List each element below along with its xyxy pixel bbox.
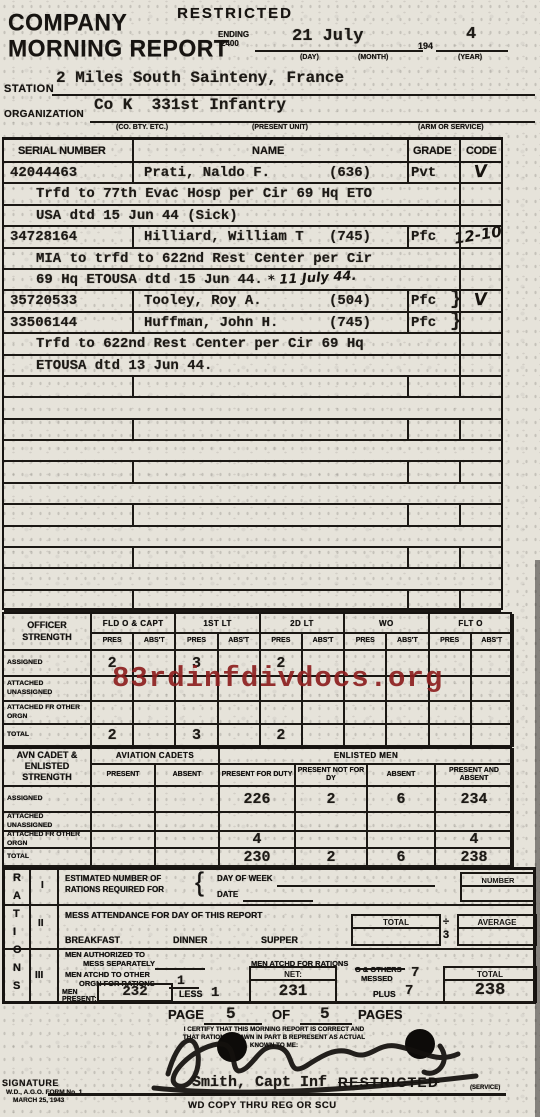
roster-column-divider bbox=[132, 163, 134, 182]
roster-column-divider bbox=[407, 462, 409, 481]
mess-attendance-label: MESS ATTENDANCE FOR DAY OF THIS REPORT bbox=[65, 911, 262, 920]
roster-serial: 33506144 bbox=[10, 316, 77, 330]
roster-row bbox=[4, 398, 501, 419]
officer-value-cell bbox=[387, 702, 429, 725]
enlisted-value-cell: 4 bbox=[436, 832, 514, 849]
roster-name: Prati, Naldo F. bbox=[144, 166, 270, 180]
roster-row bbox=[4, 591, 501, 612]
officer-row-label: ATTACHED UNASSIGNED bbox=[4, 677, 92, 702]
scan-edge-smudge bbox=[535, 560, 540, 1117]
roster-column-divider bbox=[132, 505, 134, 524]
enlisted-value-cell bbox=[156, 832, 220, 849]
roster-column-divider bbox=[459, 377, 461, 396]
roster-column-divider bbox=[407, 227, 409, 246]
rations-section: R A T I O N S I II III ESTIMATED NUMBER … bbox=[2, 867, 536, 1004]
rations-numeral-col-line bbox=[57, 870, 59, 1001]
officer-subheader: PRES bbox=[92, 634, 134, 651]
men-present-label-2: PRESENT: bbox=[62, 996, 97, 1004]
roster-continuation-text: Trfd to 77th Evac Hosp per Cir 69 Hq ETO bbox=[36, 187, 372, 201]
officer-group-header: FLT O bbox=[430, 614, 514, 634]
others-value: 7 bbox=[411, 966, 419, 980]
net-box: NET: 231 bbox=[249, 966, 337, 1003]
roster-grade: Pfc bbox=[411, 230, 436, 244]
roster-row bbox=[4, 441, 501, 462]
enlisted-column-header: PRESENT NOT FOR DY bbox=[296, 765, 368, 787]
roster-row bbox=[4, 569, 501, 590]
roster-row: ETOUSA dtd 13 Jun 44. bbox=[4, 356, 501, 377]
roster-row bbox=[4, 548, 501, 569]
officer-group-header: FLD O & CAPT bbox=[92, 614, 176, 634]
mess-total-box: TOTAL bbox=[351, 914, 441, 946]
officer-subheader: ABS'T bbox=[472, 634, 514, 651]
roster-column-divider bbox=[459, 270, 461, 289]
average-box: AVERAGE bbox=[457, 914, 537, 946]
roster-column-divider bbox=[407, 591, 409, 610]
officer-subheader: PRES bbox=[261, 634, 303, 651]
roster-column-divider bbox=[132, 420, 134, 439]
roster-column-divider bbox=[132, 313, 134, 332]
station-value: 2 Miles South Sainteny, France bbox=[56, 70, 344, 86]
officer-value-cell: 2 bbox=[261, 725, 303, 747]
roster-continuation-text: USA dtd 15 Jun 44 (Sick) bbox=[36, 209, 238, 223]
year-prefix: 194 bbox=[418, 42, 433, 52]
enlisted-value-cell bbox=[92, 813, 156, 832]
enlisted-value-cell bbox=[156, 849, 220, 867]
roster-column-divider bbox=[459, 548, 461, 567]
col-grade: GRADE bbox=[413, 145, 451, 157]
enlisted-value-cell: 4 bbox=[220, 832, 296, 849]
rations-letter-col-line bbox=[29, 870, 31, 1001]
roster-row: Trfd to 622nd Rest Center per Cir 69 Hq bbox=[4, 334, 501, 355]
roster-code: V bbox=[473, 292, 487, 310]
enlisted-row-label: ATTACHED FR OTHER ORGN bbox=[4, 832, 92, 849]
number-box-label: NUMBER bbox=[462, 874, 534, 887]
roster-column-divider bbox=[407, 420, 409, 439]
date-label: DATE bbox=[217, 891, 238, 900]
enlisted-value-cell bbox=[156, 787, 220, 813]
officer-value-cell bbox=[134, 702, 176, 725]
organization-label: ORGANIZATION bbox=[4, 109, 84, 120]
rations-letter-t: T bbox=[13, 908, 20, 920]
roster-body: 42044463Prati, Naldo F.(636)PvtVTrfd to … bbox=[4, 163, 501, 612]
roster-row: Trfd to 77th Evac Hosp per Cir 69 Hq ETO bbox=[4, 184, 501, 205]
roster-brace: } bbox=[450, 312, 461, 331]
roster-column-divider bbox=[132, 462, 134, 481]
rations-letter-a: A bbox=[13, 890, 21, 902]
officer-value-cell bbox=[472, 702, 514, 725]
day-of-week-label: DAY OF WEEK bbox=[217, 875, 273, 884]
roster-name: Hilliard, William T bbox=[144, 230, 304, 244]
enlisted-column-header: ABSENT bbox=[156, 765, 220, 787]
roster-column-divider bbox=[132, 227, 134, 246]
rations-numeral-i: I bbox=[41, 880, 44, 891]
restricted-stamp-bottom: RESTRICTED bbox=[338, 1076, 439, 1091]
org-caption-co: (CO. BTY. ETC.) bbox=[116, 124, 168, 132]
officer-subheader: PRES bbox=[430, 634, 472, 651]
rations-letter-o: O bbox=[13, 944, 22, 956]
men-authorized-label-2: MESS SEPARATELY bbox=[83, 960, 155, 968]
net-box-label: NET: bbox=[251, 968, 335, 981]
officer-value-cell bbox=[472, 677, 514, 702]
officer-value-cell bbox=[472, 651, 514, 677]
roster-header-row: SERIAL NUMBER NAME GRADE CODE bbox=[4, 140, 501, 163]
enlisted-value-cell: 2 bbox=[296, 787, 368, 813]
roster-column-divider bbox=[459, 420, 461, 439]
divide-by-three-label: ÷3 bbox=[443, 916, 452, 942]
enlisted-value-cell bbox=[92, 832, 156, 849]
less-label: LESS bbox=[179, 990, 203, 1000]
org-caption-arm: (ARM OR SERVICE) bbox=[418, 124, 484, 132]
officer-subheader: ABS'T bbox=[219, 634, 261, 651]
aviation-cadets-header: AVIATION CADETS bbox=[92, 748, 220, 765]
plus-value: 7 bbox=[405, 984, 413, 998]
officer-value-cell bbox=[430, 725, 472, 747]
morning-report-scan: RESTRICTED COMPANY MORNING REPORT ENDING… bbox=[0, 0, 540, 1117]
roster-continuation-text: MIA to trfd to 622nd Rest Center per Cir bbox=[36, 252, 372, 266]
atchd-other-value: 1 bbox=[177, 974, 185, 987]
enlisted-value-cell: 6 bbox=[368, 787, 436, 813]
watermark: 83rdinfdivdocs.org bbox=[112, 662, 443, 695]
col-serial-number: SERIAL NUMBER bbox=[18, 145, 106, 157]
number-box: NUMBER bbox=[460, 872, 536, 902]
officer-row-label: ATTACHED FR OTHER ORGN bbox=[4, 702, 92, 725]
roster-asn: (636) bbox=[329, 166, 371, 180]
enlisted-column-header: PRESENT bbox=[92, 765, 156, 787]
enlisted-value-cell bbox=[368, 813, 436, 832]
date-underline bbox=[255, 50, 423, 52]
roster-asn: (745) bbox=[329, 230, 371, 244]
report-date-value: 21 July bbox=[292, 28, 363, 45]
roster-row bbox=[4, 484, 501, 505]
year-value: 4 bbox=[466, 26, 476, 43]
officer-group-header: WO bbox=[345, 614, 429, 634]
roster-column-divider bbox=[132, 548, 134, 567]
enlisted-strength-corner-label: AVN CADET & ENLISTED STRENGTH bbox=[4, 748, 92, 787]
organization-value: Co K 331st Infantry bbox=[94, 97, 286, 113]
enlisted-value-cell: 230 bbox=[220, 849, 296, 867]
others-label-2: MESSED bbox=[361, 975, 393, 983]
restricted-classification: RESTRICTED bbox=[170, 6, 300, 23]
roster-column-divider bbox=[132, 377, 134, 396]
enlisted-row-label: TOTAL bbox=[4, 849, 92, 867]
officer-subheader: ABS'T bbox=[387, 634, 429, 651]
rations-letter-s: S bbox=[13, 980, 20, 992]
officer-value-cell bbox=[345, 725, 387, 747]
enlisted-value-cell bbox=[436, 813, 514, 832]
roster-column-divider bbox=[407, 548, 409, 567]
roster-row: 42044463Prati, Naldo F.(636)PvtV bbox=[4, 163, 501, 184]
roster-row bbox=[4, 462, 501, 483]
day-of-week-line bbox=[277, 885, 435, 887]
roster-column-divider bbox=[459, 334, 461, 353]
officer-strength-corner-label: OFFICER STRENGTH bbox=[4, 614, 92, 651]
signature-label: SIGNATURE bbox=[2, 1079, 59, 1089]
enlisted-value-cell: 2 bbox=[296, 849, 368, 867]
roster-column-divider bbox=[459, 505, 461, 524]
men-present-value: 232 bbox=[99, 985, 171, 999]
roster-column-divider bbox=[459, 163, 461, 182]
roster-row: MIA to trfd to 622nd Rest Center per Cir bbox=[4, 249, 501, 270]
officer-value-cell bbox=[387, 725, 429, 747]
officer-value-cell bbox=[219, 702, 261, 725]
col-name: NAME bbox=[252, 145, 284, 157]
roster-column-divider bbox=[132, 291, 134, 310]
ending-2400-label: 2400 bbox=[221, 40, 239, 49]
roster-serial: 35720533 bbox=[10, 294, 77, 308]
roster-row: 34728164Hilliard, William T(745)Pfc12-10 bbox=[4, 227, 501, 248]
roster-row bbox=[4, 505, 501, 526]
officer-value-cell bbox=[176, 702, 218, 725]
roster-column-divider bbox=[459, 184, 461, 203]
day-caption: (DAY) bbox=[300, 54, 319, 62]
rations-total-box-label: TOTAL bbox=[445, 968, 535, 981]
year-caption: (YEAR) bbox=[458, 54, 482, 62]
enlisted-column-header: PRESENT AND ABSENT bbox=[436, 765, 514, 787]
enlisted-value-cell bbox=[296, 813, 368, 832]
enlisted-value-cell bbox=[368, 832, 436, 849]
enlisted-value-cell bbox=[92, 849, 156, 867]
enlisted-value-cell: 234 bbox=[436, 787, 514, 813]
officer-value-cell bbox=[303, 725, 345, 747]
less-value: 1 bbox=[211, 986, 219, 1000]
officer-value-cell bbox=[134, 725, 176, 747]
net-box-value: 231 bbox=[251, 981, 335, 999]
enlisted-column-header: ABSENT bbox=[368, 765, 436, 787]
enlisted-row-label: ASSIGNED bbox=[4, 787, 92, 813]
atchd-other-label-1: MEN ATCHD TO OTHER bbox=[65, 971, 150, 979]
copy-note: WD COPY THRU REG OR SCU bbox=[188, 1101, 337, 1111]
roster-serial: 42044463 bbox=[10, 166, 77, 180]
roster-column-divider bbox=[407, 377, 409, 396]
roster-code: V bbox=[473, 164, 487, 182]
roster-grade: Pfc bbox=[411, 294, 436, 308]
rations-total-box-value: 238 bbox=[445, 981, 535, 999]
officer-value-cell bbox=[472, 725, 514, 747]
roster-row bbox=[4, 377, 501, 398]
enlisted-value-cell bbox=[92, 787, 156, 813]
officer-group-header: 2D LT bbox=[261, 614, 345, 634]
roster-row: 35720533Tooley, Roy A.(504)Pfc}V bbox=[4, 291, 501, 312]
roster-column-divider bbox=[407, 505, 409, 524]
roster-brace: } bbox=[450, 290, 461, 309]
month-caption: (MONTH) bbox=[358, 54, 388, 62]
rations-numeral-ii: II bbox=[38, 918, 44, 929]
estimated-rations-label-1: ESTIMATED NUMBER OF bbox=[65, 875, 161, 884]
rations-numeral-iii: III bbox=[35, 970, 43, 981]
roster-row: USA dtd 15 Jun 44 (Sick) bbox=[4, 206, 501, 227]
form-title-line2: MORNING REPORT bbox=[8, 35, 228, 62]
form-title-line1: COMPANY bbox=[8, 9, 127, 36]
average-box-label: AVERAGE bbox=[459, 916, 535, 929]
enlisted-value-cell bbox=[220, 813, 296, 832]
others-label-1: O & OTHERS bbox=[355, 966, 402, 974]
mess-total-box-label: TOTAL bbox=[353, 916, 439, 929]
mess-separately-line bbox=[155, 968, 205, 970]
roster-table: SERIAL NUMBER NAME GRADE CODE 42044463Pr… bbox=[2, 137, 503, 610]
roster-column-divider bbox=[459, 356, 461, 375]
officer-value-cell: 2 bbox=[92, 725, 134, 747]
officer-group-header: 1ST LT bbox=[176, 614, 260, 634]
roster-row: 33506144Huffman, John H.(745)Pfc} bbox=[4, 313, 501, 334]
rations-letter-n: N bbox=[13, 962, 21, 974]
roster-row bbox=[4, 527, 501, 548]
form-number: W.D., A.G.O. FORM No. 1 bbox=[6, 1089, 82, 1096]
form-date: MARCH 25, 1943 bbox=[13, 1097, 64, 1104]
roster-column-divider bbox=[407, 163, 409, 182]
men-authorized-label-1: MEN AUTHORIZED TO bbox=[65, 951, 145, 959]
roster-continuation-text: ETOUSA dtd 13 Jun 44. bbox=[36, 359, 212, 373]
roster-grade: Pvt bbox=[411, 166, 436, 180]
officer-row-label: ASSIGNED bbox=[4, 651, 92, 677]
date-line bbox=[243, 900, 313, 902]
signed-name: Smith, Capt Inf bbox=[192, 1075, 327, 1090]
roster-column-divider bbox=[459, 462, 461, 481]
organization-underline bbox=[90, 121, 535, 123]
breakfast-label: BREAKFAST bbox=[65, 936, 120, 946]
roster-row: 69 Hq ETOUSA dtd 15 Jun 44.* 11 July 44. bbox=[4, 270, 501, 291]
roster-column-divider bbox=[459, 206, 461, 225]
officer-subheader: ABS'T bbox=[134, 634, 176, 651]
org-caption-unit: (PRESENT UNIT) bbox=[252, 124, 308, 132]
rations-divider-1 bbox=[5, 904, 533, 906]
officer-value-cell: 3 bbox=[176, 725, 218, 747]
roster-continuation-text: 69 Hq ETOUSA dtd 15 Jun 44. bbox=[36, 273, 263, 287]
supper-label: SUPPER bbox=[261, 936, 298, 946]
roster-column-divider bbox=[407, 291, 409, 310]
col-code: CODE bbox=[466, 145, 497, 157]
roster-row bbox=[4, 420, 501, 441]
officer-subheader: PRES bbox=[345, 634, 387, 651]
enlisted-value-cell: 6 bbox=[368, 849, 436, 867]
officer-value-cell bbox=[261, 702, 303, 725]
roster-serial: 34728164 bbox=[10, 230, 77, 244]
rations-letter-i: I bbox=[13, 926, 16, 938]
roster-column-divider bbox=[132, 591, 134, 610]
officer-value-cell bbox=[219, 725, 261, 747]
roster-handwritten-note: * 11 July 44. bbox=[268, 270, 357, 288]
roster-name: Tooley, Roy A. bbox=[144, 294, 262, 308]
roster-name: Huffman, John H. bbox=[144, 316, 278, 330]
enlisted-value-cell bbox=[296, 832, 368, 849]
brace-glyph: { bbox=[195, 868, 204, 898]
enlisted-men-header: ENLISTED MEN bbox=[220, 748, 514, 765]
roster-column-divider bbox=[459, 249, 461, 268]
roster-column-divider bbox=[407, 313, 409, 332]
officer-subheader: ABS'T bbox=[303, 634, 345, 651]
officer-row-label: TOTAL bbox=[4, 725, 92, 747]
enlisted-column-header: PRESENT FOR DUTY bbox=[220, 765, 296, 787]
rations-letter-r: R bbox=[13, 872, 21, 884]
rations-total-box: TOTAL 238 bbox=[443, 966, 537, 1003]
enlisted-value-cell: 238 bbox=[436, 849, 514, 867]
roster-continuation-text: Trfd to 622nd Rest Center per Cir 69 Hq bbox=[36, 337, 364, 351]
officer-subheader: PRES bbox=[176, 634, 218, 651]
men-present-box: 232 bbox=[97, 983, 173, 1002]
dinner-label: DINNER bbox=[173, 936, 208, 946]
year-underline bbox=[436, 50, 508, 52]
enlisted-value-cell bbox=[156, 813, 220, 832]
roster-asn: (504) bbox=[329, 294, 371, 308]
estimated-rations-label-2: RATIONS REQUIRED FOR bbox=[65, 886, 164, 895]
plus-label: PLUS bbox=[373, 990, 396, 999]
enlisted-strength-table: AVN CADET & ENLISTED STRENGTHAVIATION CA… bbox=[2, 746, 512, 869]
roster-asn: (745) bbox=[329, 316, 371, 330]
roster-column-divider bbox=[459, 591, 461, 610]
enlisted-value-cell: 226 bbox=[220, 787, 296, 813]
enlisted-row-label: ATTACHED UNASSIGNED bbox=[4, 813, 92, 832]
roster-handwritten-note: 12-10 bbox=[453, 225, 503, 247]
officer-value-cell bbox=[303, 702, 345, 725]
station-label: STATION bbox=[4, 83, 54, 95]
roster-grade: Pfc bbox=[411, 316, 436, 330]
officer-value-cell bbox=[345, 702, 387, 725]
officer-value-cell bbox=[430, 702, 472, 725]
officer-value-cell bbox=[92, 702, 134, 725]
